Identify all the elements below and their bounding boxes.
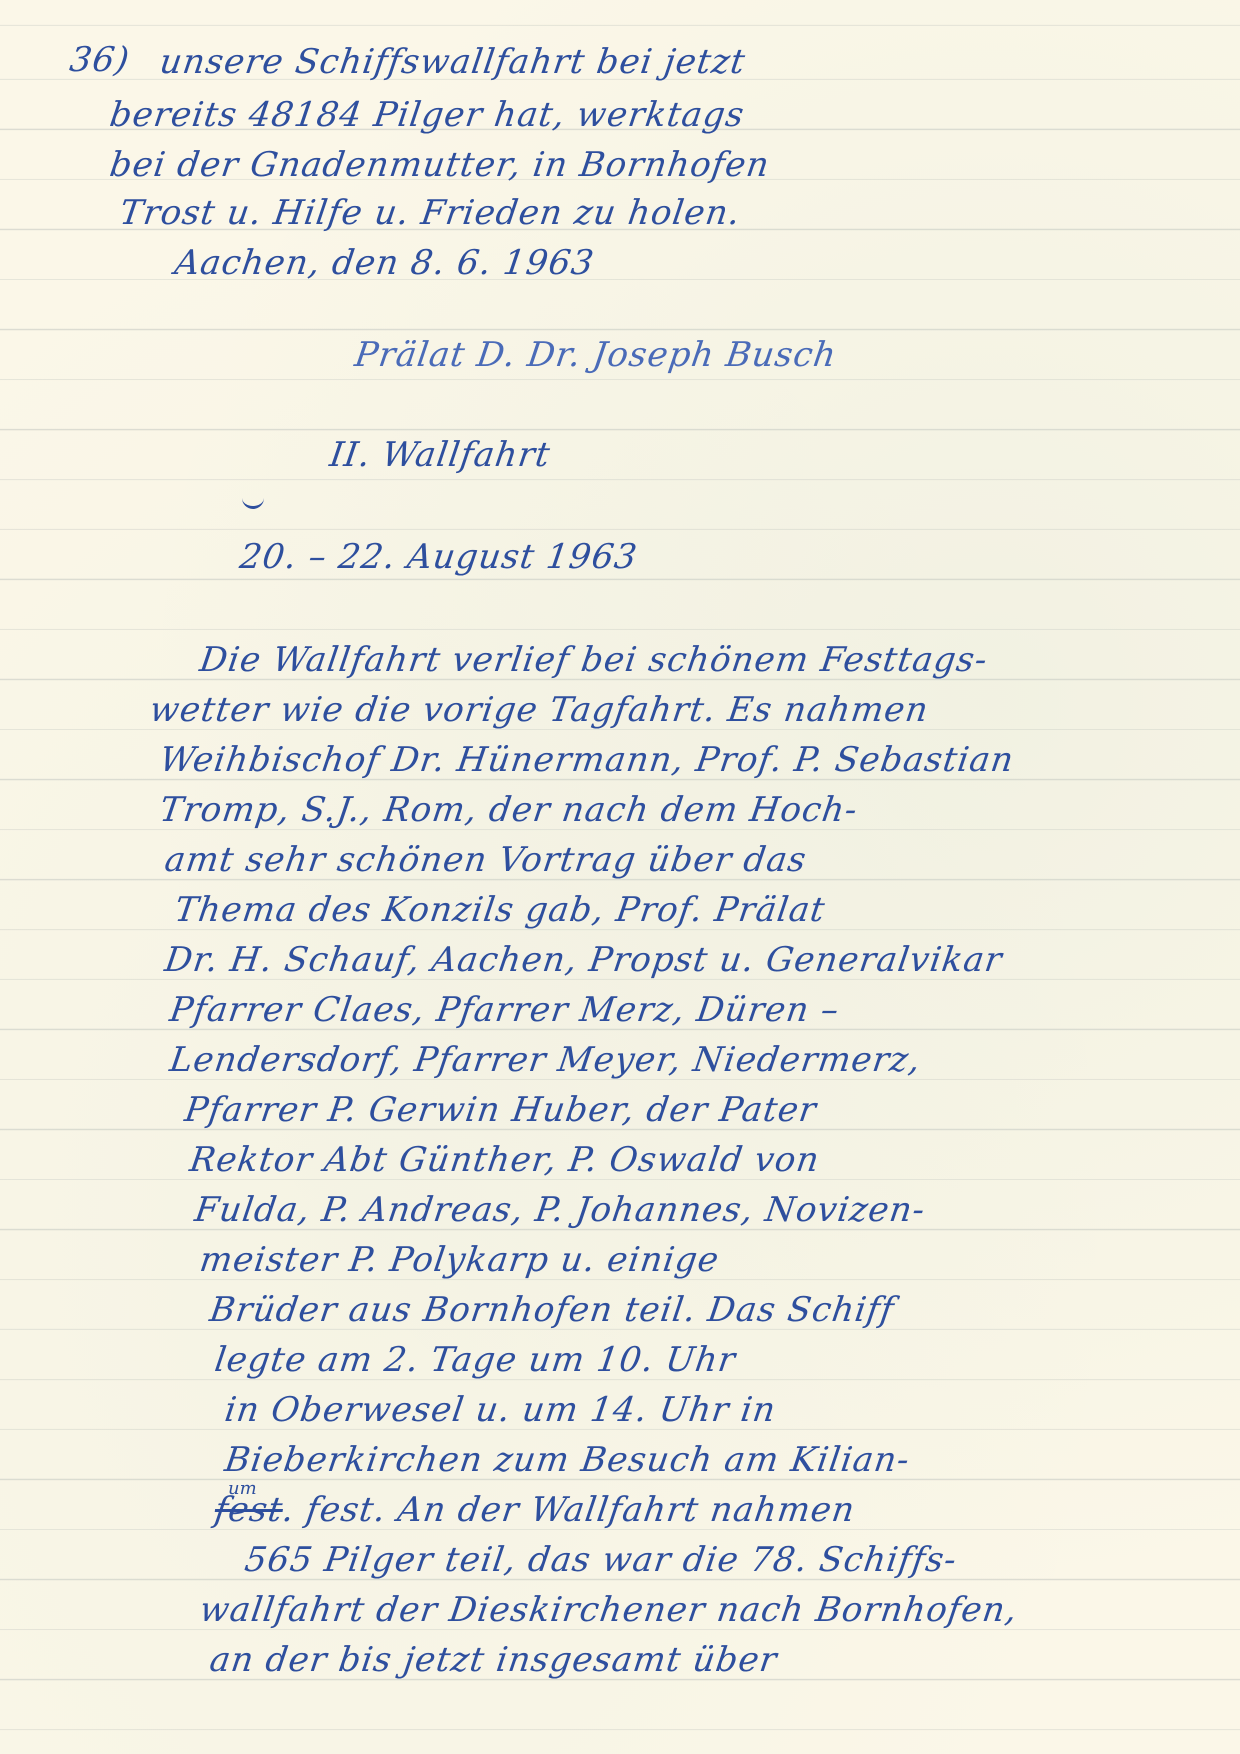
body-line-19: 565 Pilger teil, das war die 78. Schiffs… [242,1540,959,1580]
body-line-7: Dr. H. Schauf, Aachen, Propst u. General… [162,940,1005,980]
body-line-15: legte am 2. Tage um 10. Uhr [212,1340,738,1380]
place-date: Aachen, den 8. 6. 1963 [172,243,597,283]
entry-number: 36) [67,40,132,80]
body-line-5: amt sehr schönen Vortrag über das [162,840,809,880]
section1-line-4: Trost u. Hilfe u. Frieden zu holen. [117,193,743,233]
body-line-18: fest. fest. An der Wallfahrt nahmen [212,1490,858,1530]
body-line-9: Lendersdorf, Pfarrer Meyer, Niedermerz, [167,1040,923,1080]
body-line-17: Bieberkirchen zum Besuch am Kilian- [222,1440,912,1480]
body-line-20: wallfahrt der Dieskirchener nach Bornhof… [197,1590,1020,1630]
struck-word: fest [212,1490,285,1530]
body-line-6: Thema des Konzils gab, Prof. Prälat [172,890,828,930]
body-line-21: an der bis jetzt insgesamt über [207,1640,780,1680]
body-line-3: Weihbischof Dr. Hünermann, Prof. P. Seba… [157,740,1017,780]
body-line-18-text: . fest. An der Wallfahrt nahmen [280,1490,858,1530]
body-line-1: Die Wallfahrt verlief bei schönem Festta… [197,640,990,680]
body-line-16: in Oberwesel u. um 14. Uhr in [222,1390,778,1430]
body-line-10: Pfarrer P. Gerwin Huber, der Pater [182,1090,819,1130]
body-line-8: Pfarrer Claes, Pfarrer Merz, Düren – [167,990,842,1030]
section2-heading: II. Wallfahrt [327,435,553,475]
body-line-14: Brüder aus Bornhofen teil. Das Schiff [207,1290,897,1330]
body-line-13: meister P. Polykarp u. einige [197,1240,722,1280]
body-line-4: Tromp, S.J., Rom, der nach dem Hoch- [157,790,860,830]
signature: Prälat D. Dr. Joseph Busch [352,335,839,375]
body-line-11: Rektor Abt Günther, P. Oswald von [187,1140,822,1180]
body-line-12: Fulda, P. Andreas, P. Johannes, Novizen- [192,1190,928,1230]
entry-number-text: 36) [67,40,132,80]
section2-date-range: 20. – 22. August 1963 [237,537,640,577]
section1-line-3: bei der Gnadenmutter, in Bornhofen [107,145,772,185]
section1-line-1: unsere Schiffswallfahrt bei jetzt [157,42,748,82]
body-line-2: wetter wie die vorige Tagfahrt. Es nahme… [147,690,931,730]
section1-line-2: bereits 48184 Pilger hat, werktags [107,95,747,135]
